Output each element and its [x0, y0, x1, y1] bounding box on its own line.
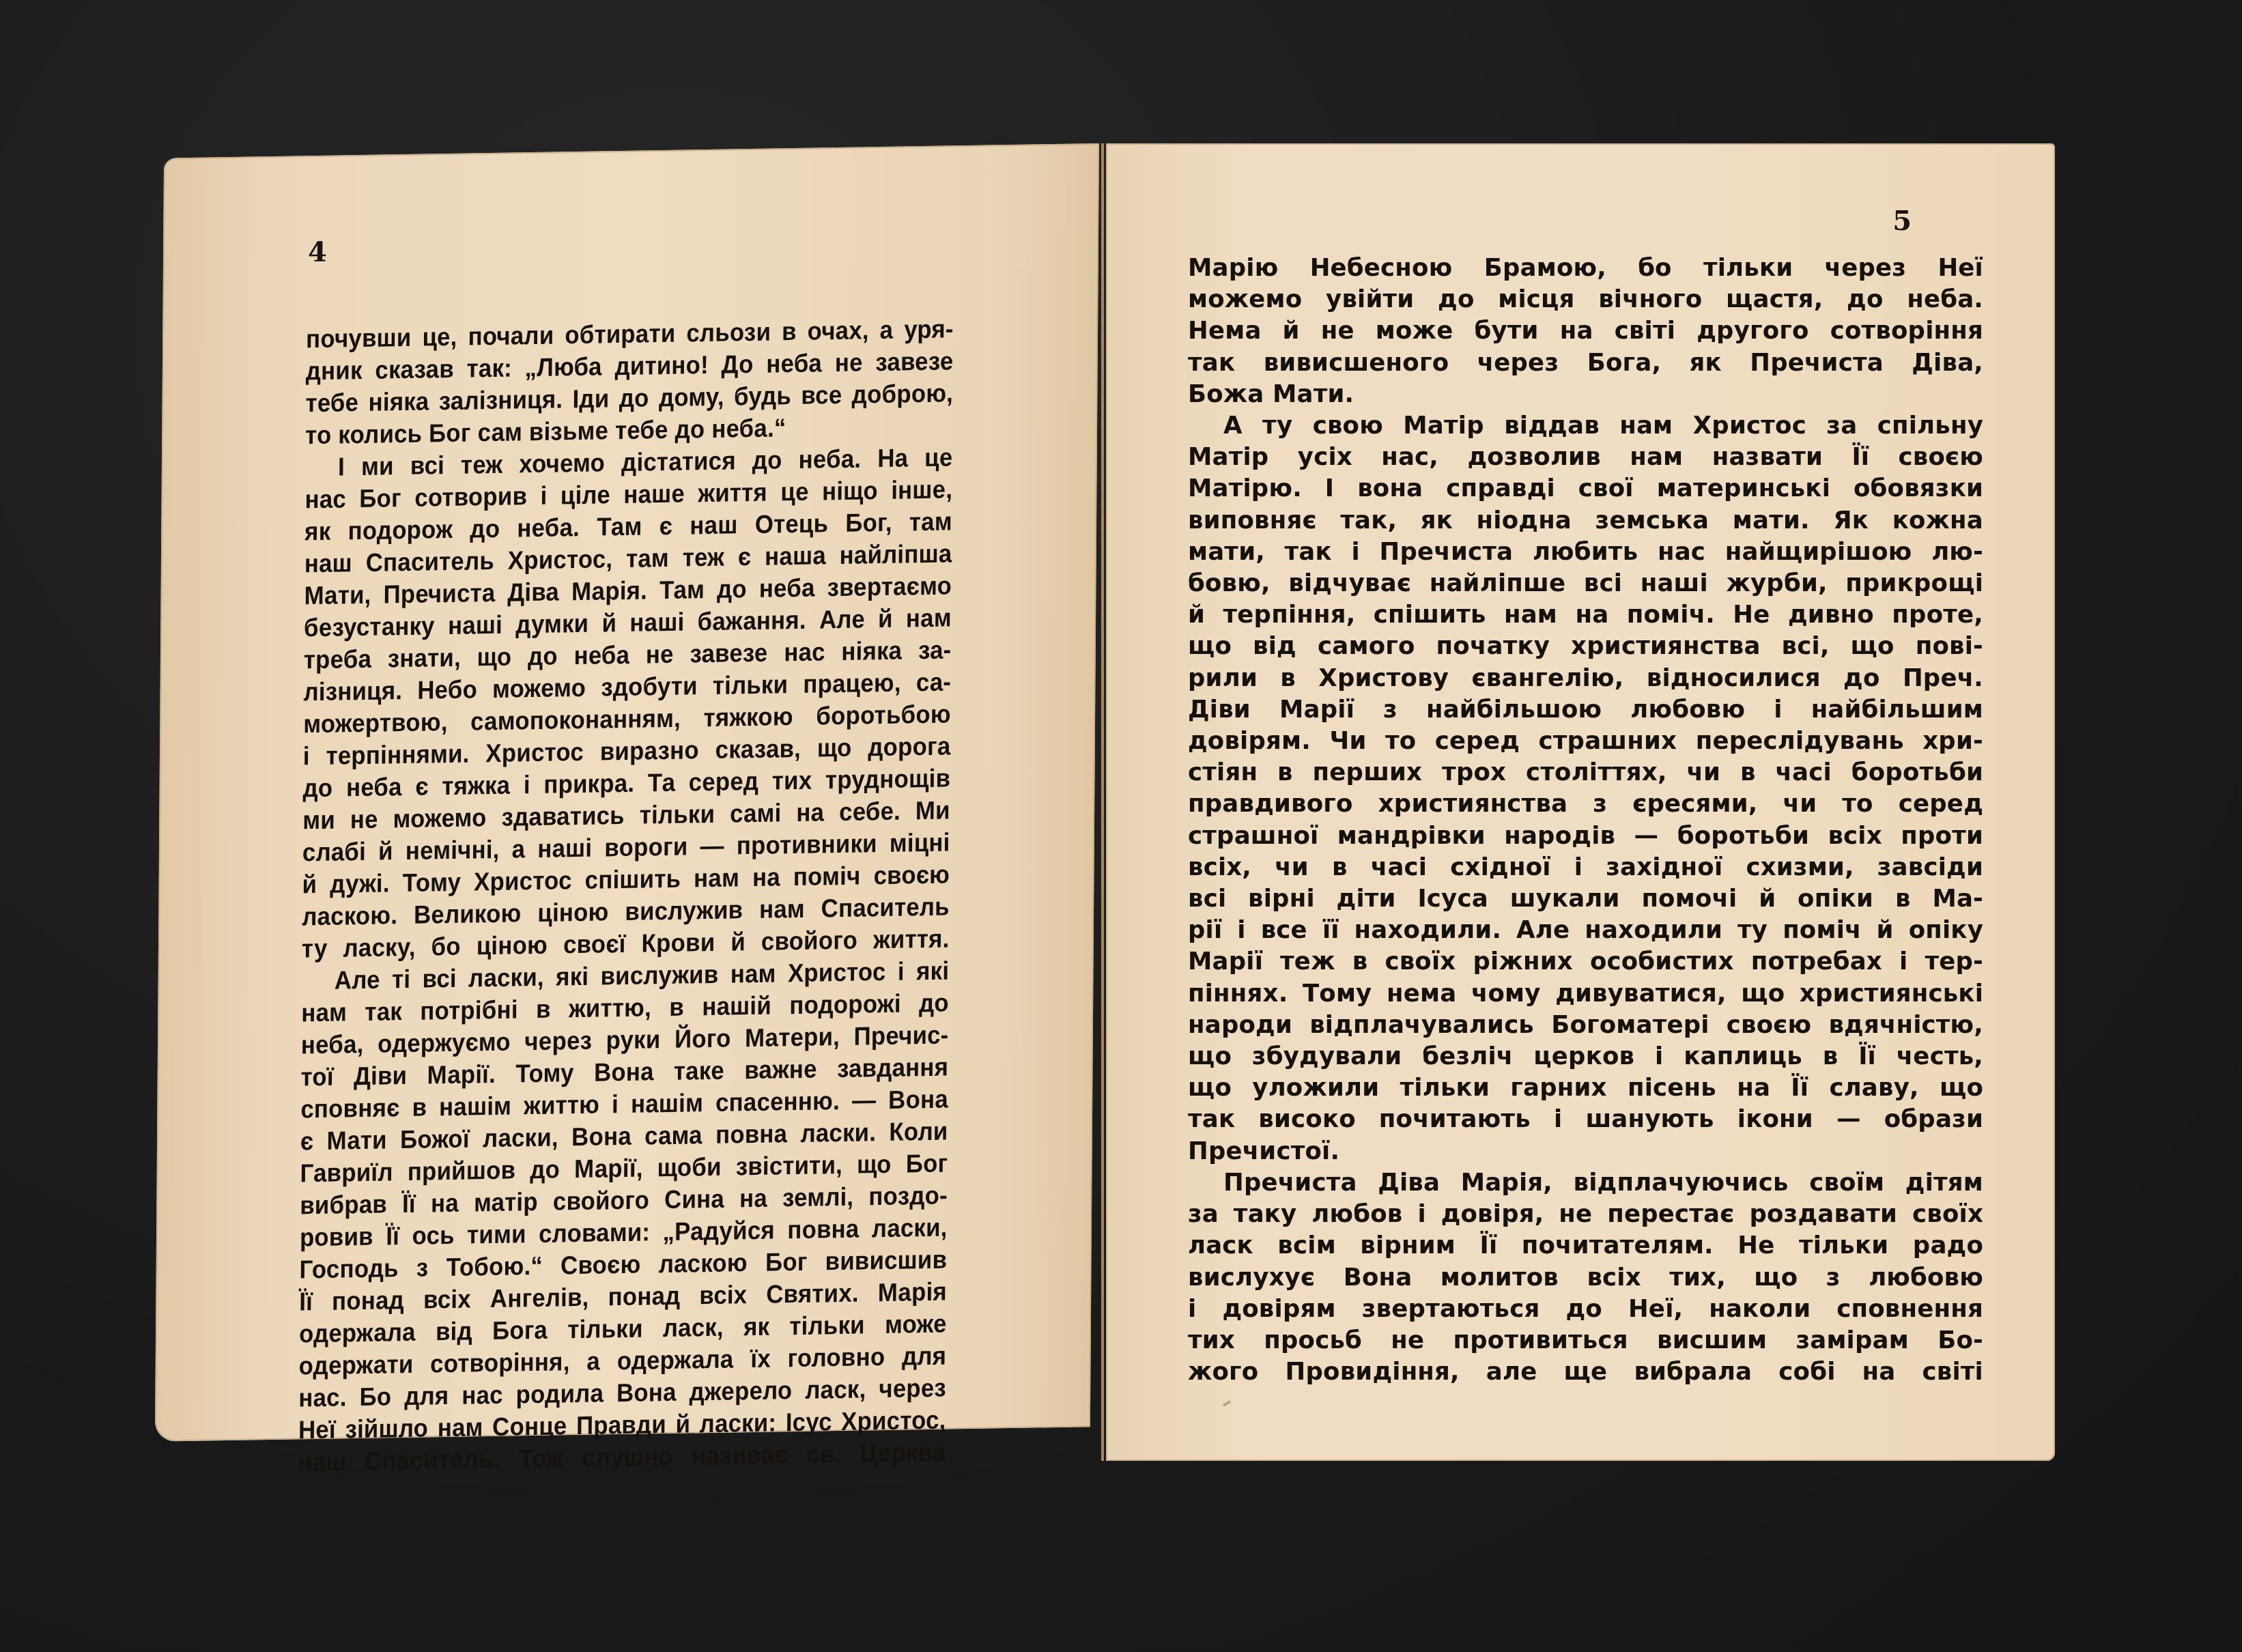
text-line: піннях. Тому нема чому дивуватися, що хр…: [1188, 978, 1983, 1010]
text-line: народи відплачувались Богоматері своєю в…: [1188, 1010, 1983, 1041]
text-line: Діви Марії з найбільшою любовю і найбіль…: [1188, 694, 1983, 726]
text-line: стіян в перших трох століттях, чи в часі…: [1188, 757, 1983, 788]
text-line: Нема й не може бути на світі другого сот…: [1188, 315, 1983, 347]
text-line: Божа Мати.: [1188, 379, 1983, 410]
text-line: так високо почитають і шанують ікони — о…: [1188, 1104, 1983, 1135]
text-line: мати, так і Пречиста любить нас найщиріш…: [1188, 537, 1983, 568]
text-line: що уложили тільки гарних пісень на Її сл…: [1188, 1072, 1983, 1104]
text-line: Матірю. І вона справді свої материнські …: [1188, 473, 1983, 504]
left-page: 4 почувши це, почали обтирати сльози в о…: [155, 143, 1099, 1442]
text-line: бовю, відчуває найліпше всі наші журби, …: [1188, 568, 1983, 599]
text-line: Марію Небесною Брамою, бо тільки через Н…: [1188, 253, 1983, 284]
text-line: виповняє так, як ніодна земська мати. Як…: [1188, 505, 1983, 537]
text-line: так вивисшеного через Бога, як Пречиста …: [1188, 347, 1983, 379]
page-number-right: 5: [1892, 205, 1912, 237]
paper-speck: [1223, 1400, 1231, 1406]
text-line: за таку любов і довіря, не перестає розд…: [1188, 1199, 1983, 1230]
text-line: і довірям звертаються до Неї, наколи спо…: [1188, 1294, 1983, 1325]
text-line: й терпіння, спішить нам на поміч. Не див…: [1188, 599, 1983, 631]
paragraph-start: А ту свою Матір віддав нам Христос за сп…: [1188, 410, 1983, 442]
left-page-body: почувши це, почали обтирати сльози в оча…: [298, 313, 954, 1478]
text-line: можемо увійти до місця вічного щастя, до…: [1188, 284, 1983, 315]
text-line: страшної мандрівки народів — боротьби вс…: [1188, 821, 1983, 852]
text-line: що збудували безліч церков і каплиць в Ї…: [1188, 1041, 1983, 1072]
paragraph-start: Пречиста Діва Марія, відплачуючись своїм…: [1188, 1167, 1983, 1199]
text-line: жого Провидіння, але ще вибрала собі на …: [1188, 1356, 1983, 1388]
text-line: Марії теж в своїх ріжних особистих потре…: [1188, 946, 1983, 978]
text-line: правдивого християнства з єресями, чи то…: [1188, 788, 1983, 820]
text-line: довірям. Чи то серед страшних переслідув…: [1188, 726, 1983, 757]
open-booklet: 4 почувши це, почали обтирати сльози в о…: [0, 0, 2242, 1652]
text-line: тих просьб не противиться висшим замірам…: [1188, 1325, 1983, 1356]
text-line: рії і все її находили. Але находили ту п…: [1188, 915, 1983, 946]
page-number-left: 4: [308, 236, 327, 268]
text-line: що від самого початку християнства всі, …: [1188, 631, 1983, 662]
text-line: Матір усіх нас, дозволив нам назвати Її …: [1188, 442, 1983, 473]
text-line: ласк всім вірним Її почитателям. Не тіль…: [1188, 1230, 1983, 1262]
right-page: 5 Марію Небесною Брамою, бо тільки через…: [1106, 143, 2055, 1461]
text-line: вислухує Вона молитов всіх тих, що з люб…: [1188, 1262, 1983, 1294]
book-spine-gutter: [1101, 143, 1104, 1461]
text-line: Пречистої.: [1188, 1136, 1983, 1167]
text-line: всіх, чи в часі східної і західної схизм…: [1188, 852, 1983, 883]
text-line: рили в Христову євангелію, відносилися д…: [1188, 663, 1983, 694]
text-line: всі вірні діти Ісуса шукали помочі й опі…: [1188, 883, 1983, 915]
right-page-body: Марію Небесною Брамою, бо тільки через Н…: [1188, 253, 1983, 1388]
